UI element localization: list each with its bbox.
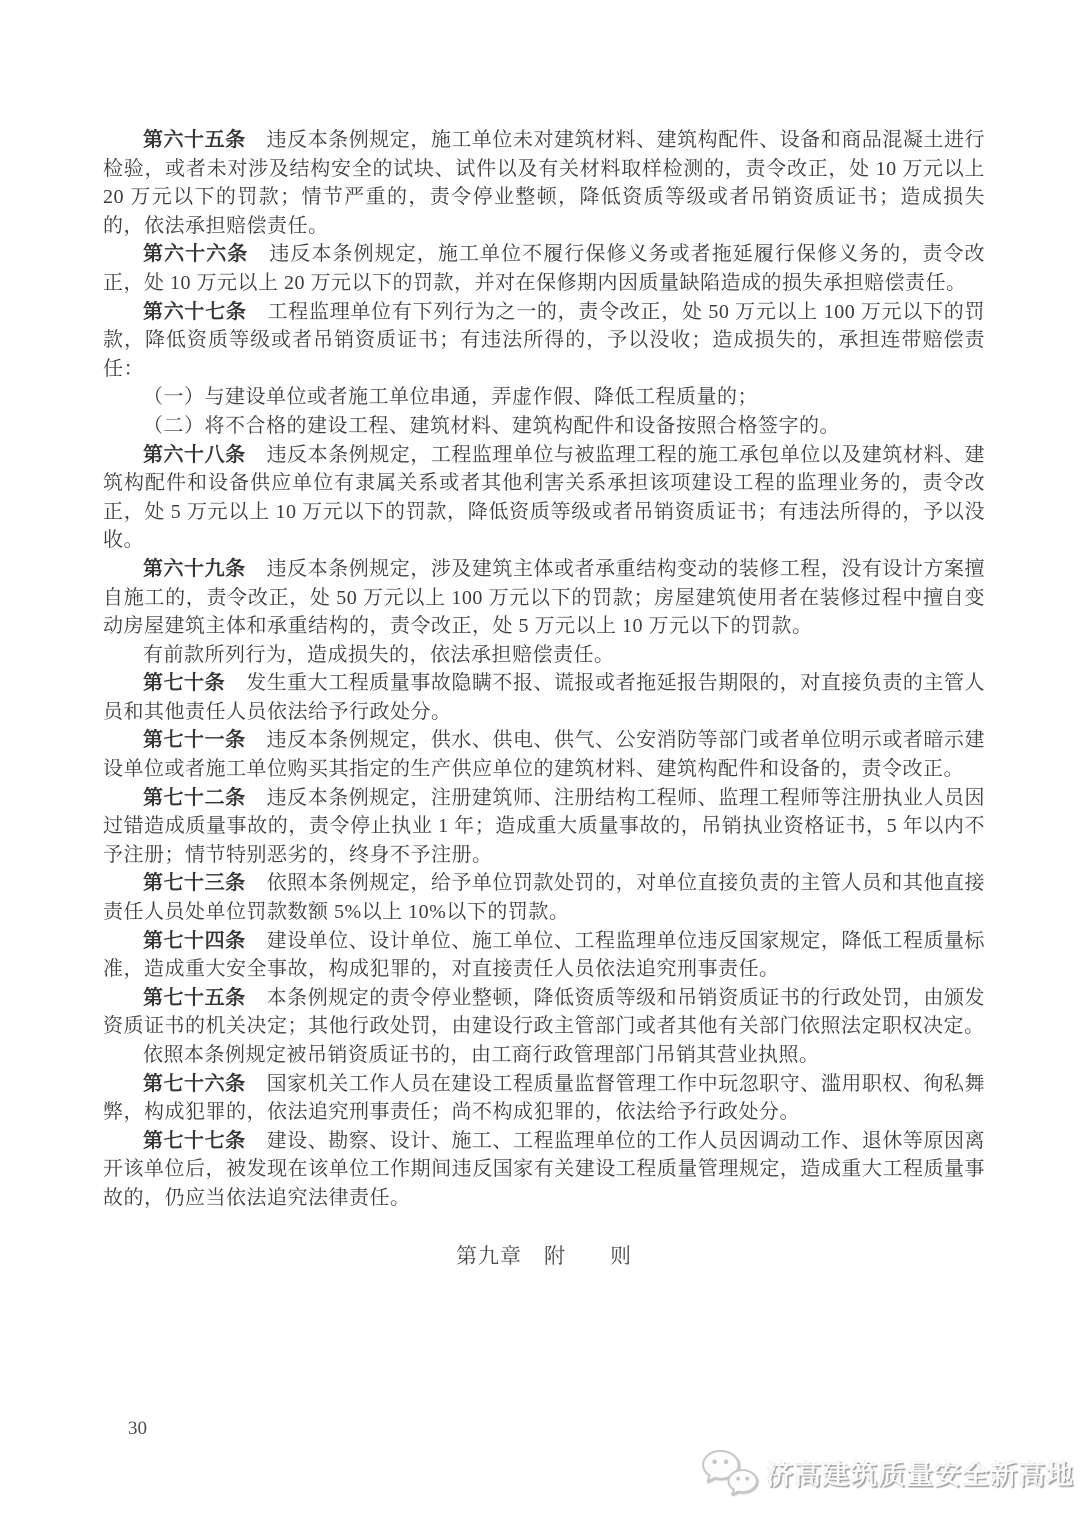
watermark-text: 济高建筑质量安全新高地 <box>766 1453 1074 1492</box>
article-number: 第六十六条 <box>143 243 248 265</box>
article-number: 第六十九条 <box>143 558 246 580</box>
article-number: 第六十七条 <box>143 301 247 323</box>
wechat-icon <box>698 1448 760 1496</box>
article-paragraph: 第六十八条违反本条例规定，工程监理单位与被监理工程的施工承包单位以及建筑材料、建… <box>103 441 985 555</box>
article-paragraph: 第七十二条违反本条例规定，注册建筑师、注册结构工程师、监理工程师等注册执业人员因… <box>103 784 985 870</box>
article-number: 第七十一条 <box>143 729 246 751</box>
paragraph: 有前款所列行为，造成损失的，依法承担赔偿责任。 <box>103 641 985 670</box>
clause-item: （二）将不合格的建设工程、建筑材料、建筑构配件和设备按照合格签字的。 <box>103 412 985 441</box>
document-body: 第六十五条违反本条例规定，施工单位未对建筑材料、建筑构配件、设备和商品混凝土进行… <box>103 126 985 1271</box>
article-number: 第七十五条 <box>143 987 246 1009</box>
article-paragraph: 第七十七条建设、勘察、设计、施工、工程监理单位的工作人员因调动工作、退休等原因离… <box>103 1127 985 1213</box>
article-paragraph: 第七十条发生重大工程质量事故隐瞒不报、谎报或者拖延报告期限的，对直接负责的主管人… <box>103 669 985 726</box>
clause-item: （一）与建设单位或者施工单位串通，弄虚作假、降低工程质量的； <box>103 383 985 412</box>
chapter-heading: 第九章 附 则 <box>103 1241 985 1271</box>
article-number: 第七十条 <box>143 672 225 694</box>
article-paragraph: 第七十五条本条例规定的责令停业整顿，降低资质等级和吊销资质证书的行政处罚，由颁发… <box>103 984 985 1041</box>
article-paragraph: 第六十九条违反本条例规定，涉及建筑主体或者承重结构变动的装修工程，没有设计方案擅… <box>103 555 985 641</box>
page-number: 30 <box>128 1418 147 1440</box>
article-paragraph: 第六十六条违反本条例规定，施工单位不履行保修义务或者拖延履行保修义务的，责令改正… <box>103 240 985 297</box>
article-paragraph: 第七十三条依照本条例规定，给予单位罚款处罚的，对单位直接负责的主管人员和其他直接… <box>103 869 985 926</box>
document-page: 第六十五条违反本条例规定，施工单位未对建筑材料、建筑构配件、设备和商品混凝土进行… <box>0 0 1080 1527</box>
article-number: 第六十八条 <box>143 444 246 466</box>
article-paragraph: 第七十六条国家机关工作人员在建设工程质量监督管理工作中玩忽职守、滥用职权、徇私舞… <box>103 1070 985 1127</box>
paragraph: 依照本条例规定被吊销资质证书的，由工商行政管理部门吊销其营业执照。 <box>103 1041 985 1070</box>
watermark: 济高建筑质量安全新高地 <box>698 1448 1074 1496</box>
article-paragraph: 第七十一条违反本条例规定，供水、供电、供气、公安消防等部门或者单位明示或者暗示建… <box>103 726 985 783</box>
article-number: 第六十五条 <box>143 129 246 151</box>
article-number: 第七十六条 <box>143 1073 246 1095</box>
article-paragraph: 第七十四条建设单位、设计单位、施工单位、工程监理单位违反国家规定，降低工程质量标… <box>103 927 985 984</box>
article-number: 第七十七条 <box>143 1130 246 1152</box>
article-number: 第七十三条 <box>143 872 246 894</box>
article-number: 第七十二条 <box>143 787 246 809</box>
article-paragraph: 第六十五条违反本条例规定，施工单位未对建筑材料、建筑构配件、设备和商品混凝土进行… <box>103 126 985 240</box>
article-number: 第七十四条 <box>143 930 246 952</box>
article-paragraph: 第六十七条工程监理单位有下列行为之一的，责令改正，处 50 万元以上 100 万… <box>103 298 985 384</box>
